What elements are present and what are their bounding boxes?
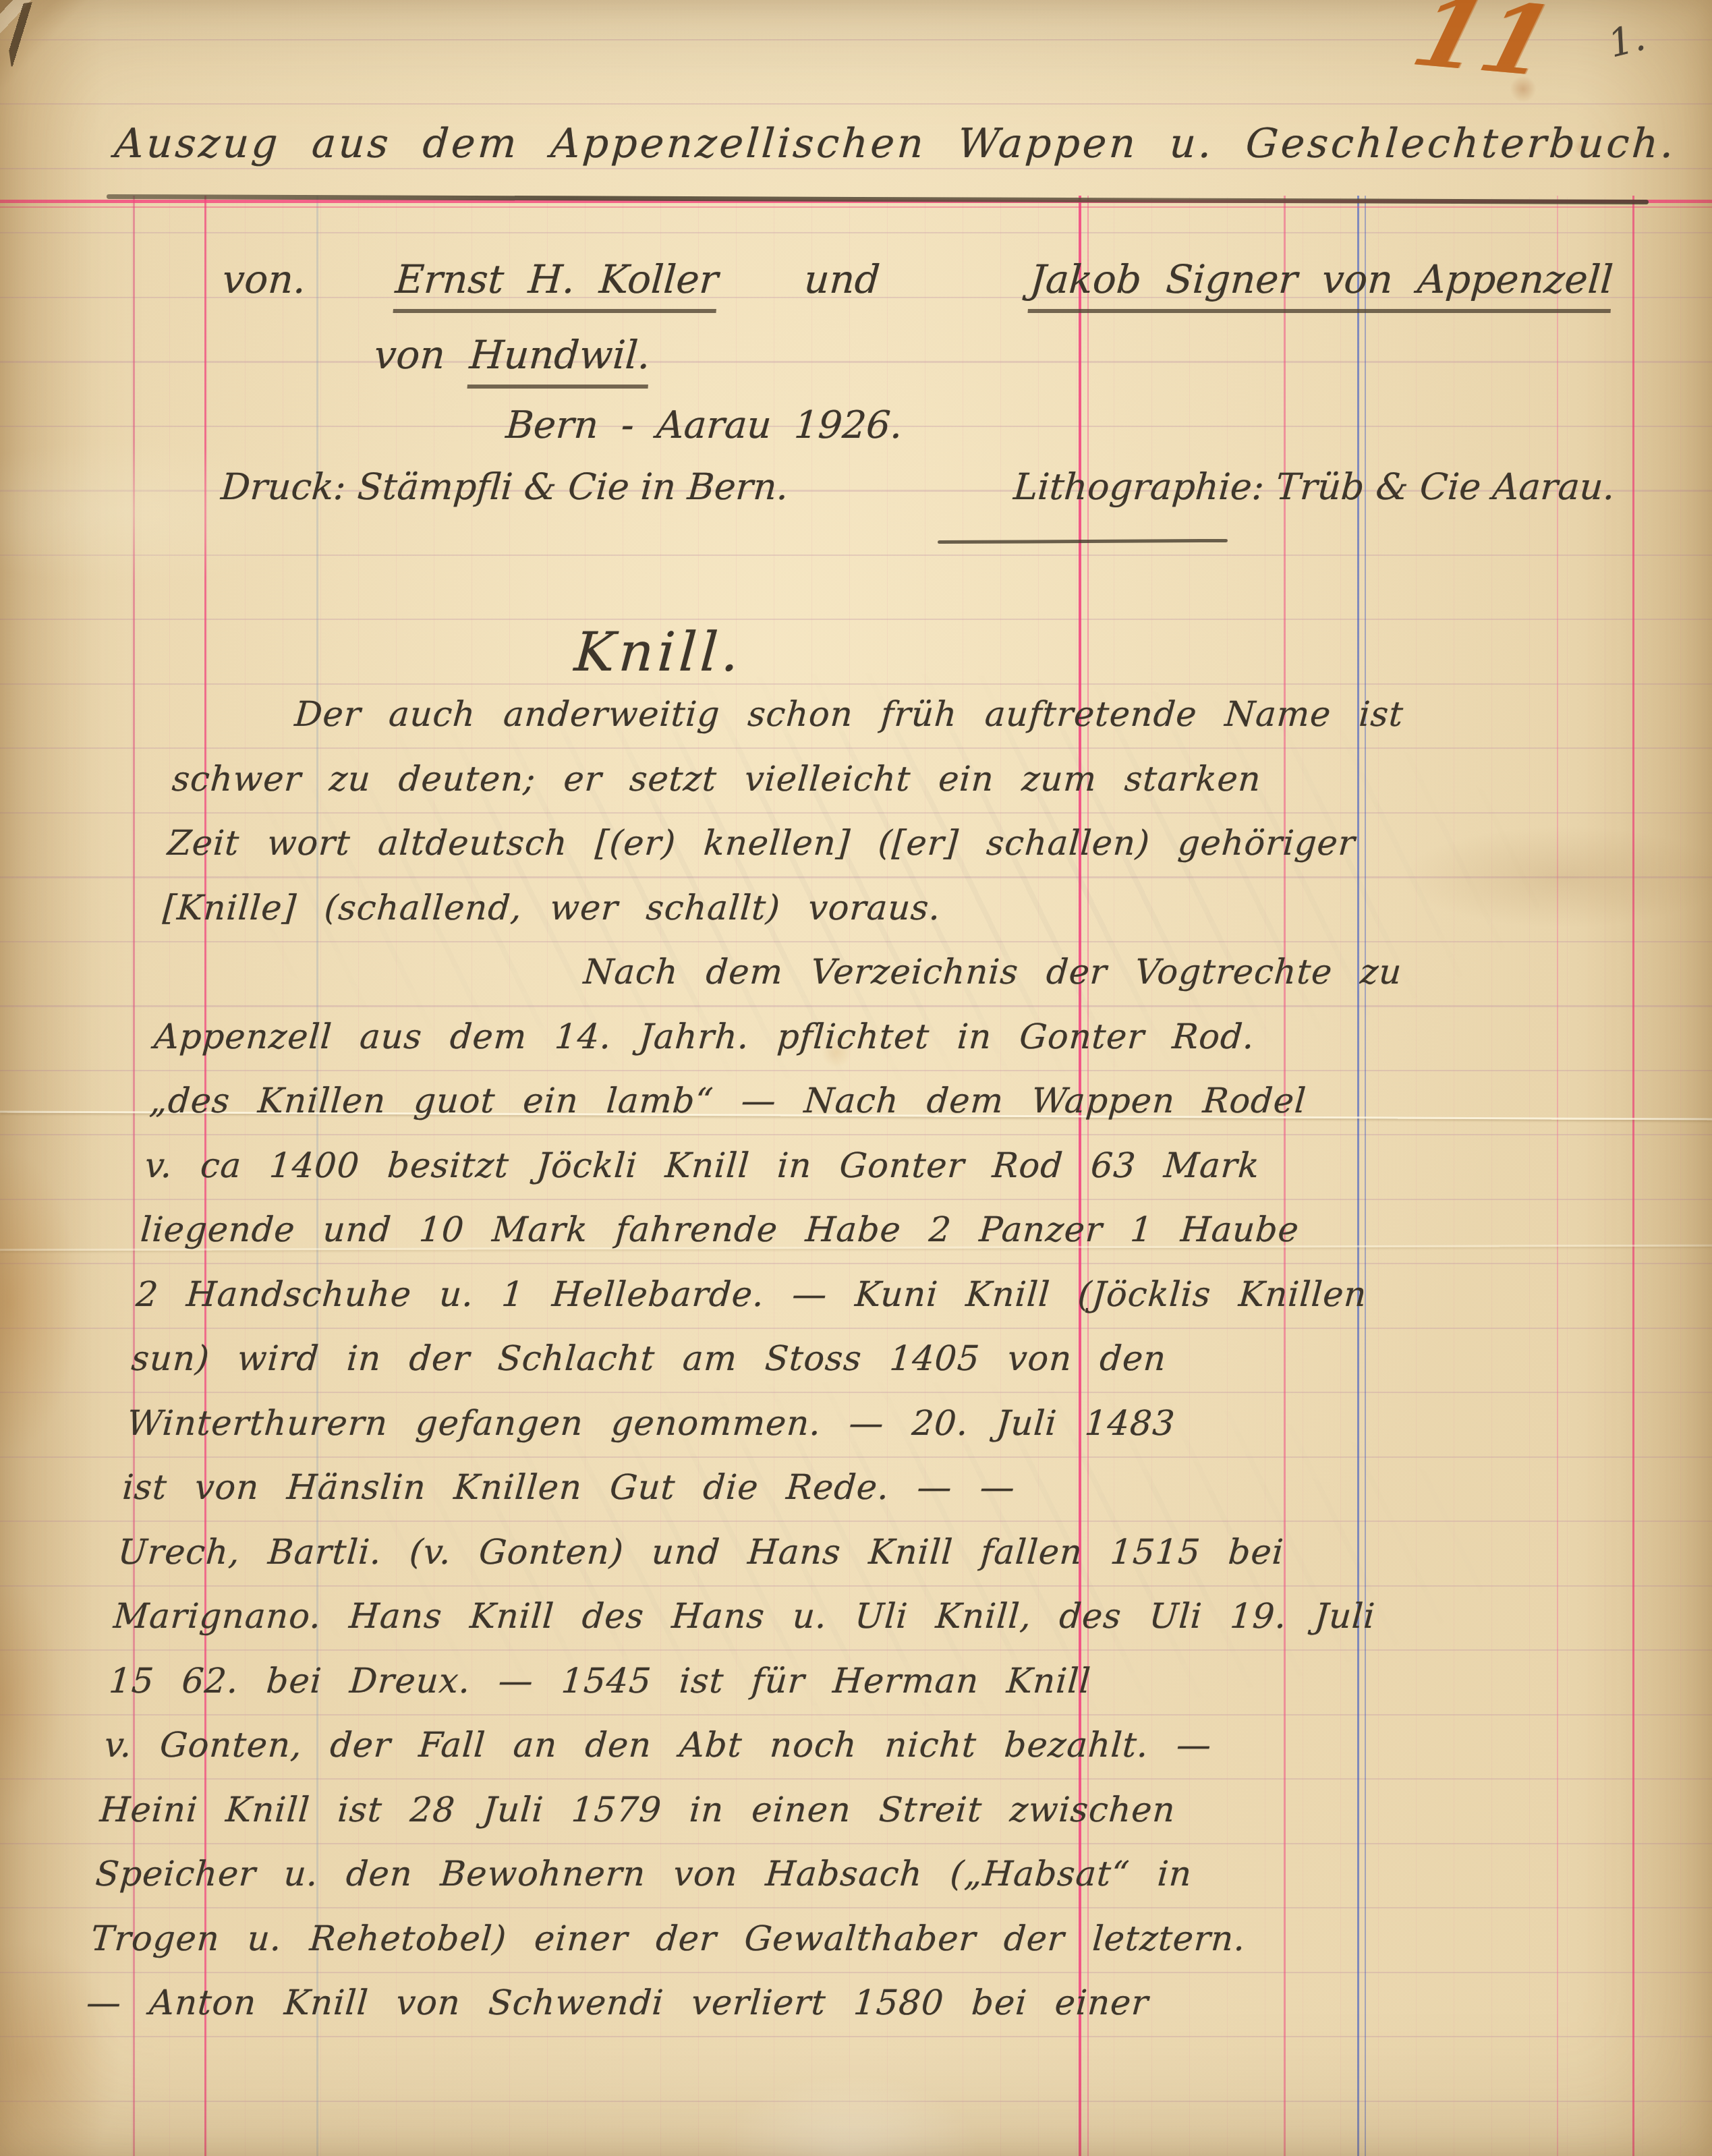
manuscript-line: schwer zu deuten; er setzt vielleicht ei…: [170, 747, 1712, 812]
manuscript-line: — Anton Knill von Schwendi verliert 1580…: [84, 1971, 1654, 2036]
manuscript-line: Heini Knill ist 28 Juli 1579 in einen St…: [98, 1778, 1667, 1843]
section-heading: Knill.: [573, 621, 745, 683]
byline-conjunction: und: [803, 256, 882, 302]
manuscript-line: Appenzell aus dem 14. Jahrh. pflichtet i…: [152, 1005, 1712, 1070]
byline-authors: von. Ernst H. Koller und Jakob Signer vo…: [221, 256, 1615, 302]
body-text: Der auch anderweitig schon früh auftrete…: [84, 683, 1712, 2036]
header-rule-thin: [0, 206, 1712, 208]
manuscript-line: Marignano. Hans Knill des Hans u. Uli Kn…: [111, 1585, 1681, 1649]
edition-line: Bern - Aarau 1926.: [505, 403, 904, 447]
lithographer: Lithographie: Trüb & Cie Aarau.: [1012, 465, 1616, 508]
manuscript-line: Nach dem Verzeichnis der Vogtrechte zu: [156, 940, 1712, 1005]
manuscript-line: Winterthurern gefangen genommen. — 20. J…: [125, 1392, 1694, 1456]
manuscript-line: Der auch anderweitig schon früh auftrete…: [174, 683, 1712, 747]
manuscript-line: 15 62. bei Dreux. — 1545 ist für Herman …: [107, 1649, 1676, 1714]
paragraph: Der auch anderweitig schon früh auftrete…: [161, 683, 1712, 940]
manuscript-line: Trogen u. Rehetobel) einer der Gewalthab…: [89, 1907, 1659, 1972]
manuscript-line: Speicher u. den Bewohnern von Habsach („…: [93, 1842, 1663, 1907]
manuscript-line: liegende und 10 Mark fahrende Habe 2 Pan…: [138, 1198, 1708, 1263]
printer: Druck: Stämpfli & Cie in Bern.: [220, 465, 790, 508]
manuscript-line: v. ca 1400 besitzt Jöckli Knill in Gonte…: [143, 1134, 1712, 1199]
manuscript-line: ist von Hänslin Knillen Gut die Rede. — …: [120, 1456, 1690, 1521]
author-2: Jakob Signer von Appenzell: [1028, 256, 1615, 313]
manuscript-line: Urech, Bartli. (v. Gonten) und Hans Knil…: [116, 1521, 1686, 1585]
manuscript-line: [Knille] (schallend, wer schallt) voraus…: [161, 876, 1712, 941]
author-1: Ernst H. Koller: [393, 256, 720, 313]
manuscript-line: 2 Handschuhe u. 1 Hellebarde. — Kuni Kni…: [134, 1263, 1703, 1328]
manuscript-line: v. Gonten, der Fall an den Abt noch nich…: [103, 1713, 1672, 1778]
paragraph: Nach dem Verzeichnis der Vogtrechte zuAp…: [84, 940, 1712, 2036]
manuscript-line: Zeit wort altdeutsch [(er) knellen] ([er…: [165, 812, 1712, 876]
corner-pen-mark: [3, 0, 58, 66]
document-title: Auszug aus dem Appenzellischen Wappen u.…: [113, 120, 1688, 167]
origin-place: Hundwil.: [467, 332, 652, 389]
origin-prefix: von: [373, 332, 447, 378]
byline-prefix: von.: [221, 256, 308, 302]
manuscript-line: „des Knillen guot ein lamb“ — Nach dem W…: [147, 1069, 1712, 1134]
manuscript-line: sun) wird in der Schlacht am Stoss 1405 …: [130, 1327, 1699, 1392]
byline-origin: von Hundwil.: [373, 332, 652, 378]
manuscript-page: 11 1. Auszug aus dem Appenzellischen Wap…: [0, 0, 1712, 2156]
